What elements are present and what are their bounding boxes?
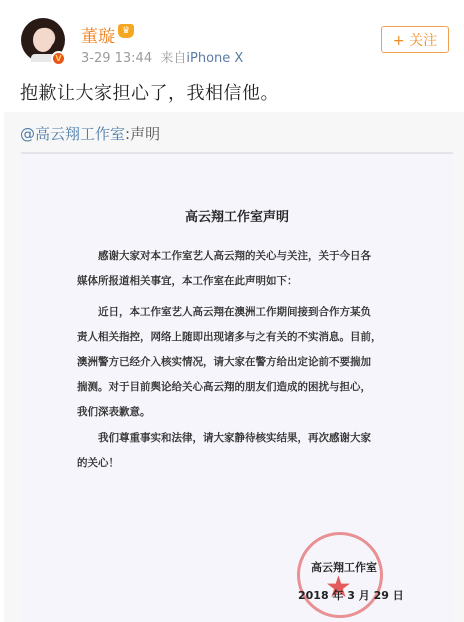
repost-title: 声明 [130, 125, 160, 143]
paragraph-line: 的关心！ [77, 451, 407, 476]
paragraph-line: 我们深表歉意。 [77, 400, 407, 425]
paragraph-line: 媒体所报道相关事宜，本工作室在此声明如下： [77, 269, 407, 294]
paragraph-3: 我们尊重事实和法律，请大家静待核实结果，再次感谢大家 的关心！ [77, 426, 407, 476]
document-title: 高云翔工作室声明 [21, 206, 453, 225]
repost-card[interactable]: @高云翔工作室:声明 高云翔工作室声明 感谢大家对本工作室艺人高云翔的关心与关注… [4, 112, 464, 622]
avatar-face [33, 28, 53, 52]
source-device: iPhone X [186, 51, 243, 66]
statement-image[interactable]: 高云翔工作室声明 感谢大家对本工作室艺人高云翔的关心与关注，关于今日各 媒体所报… [21, 152, 453, 622]
paragraph-2: 近日，本工作室艺人高云翔在澳洲工作期间接到合作方某负 责人相关指控，网络上随即出… [77, 300, 407, 425]
signature: 高云翔工作室 [311, 559, 377, 575]
source-prefix: 来自 [160, 51, 186, 66]
official-seal-icon: ★ [297, 532, 383, 618]
post-header: V 董璇 ♛ 3-29 13:44 来自iPhone X + 关注 抱歉让大家担… [0, 0, 464, 110]
paragraph-line: 感谢大家对本工作室艺人高云翔的关心与关注，关于今日各 [77, 244, 407, 269]
verified-badge-icon: V [51, 51, 66, 66]
repost-header: @高云翔工作室:声明 [20, 123, 160, 144]
follow-button[interactable]: + 关注 [381, 26, 449, 53]
signature-date: 2018 年 3 月 29 日 [298, 587, 404, 603]
crown-icon: ♛ [118, 24, 134, 38]
paragraph-1: 感谢大家对本工作室艺人高云翔的关心与关注，关于今日各 媒体所报道相关事宜，本工作… [77, 244, 407, 294]
paragraph-line: 揣测。对于目前舆论给关心高云翔的朋友们造成的困扰与担心， [77, 375, 407, 400]
mention-link[interactable]: @高云翔工作室 [20, 125, 125, 143]
paragraph-line: 我们尊重事实和法律，请大家静待核实结果，再次感谢大家 [77, 426, 407, 451]
username[interactable]: 董璇 [81, 22, 115, 47]
paragraph-line: 近日，本工作室艺人高云翔在澳洲工作期间接到合作方某负 [77, 300, 407, 325]
post-text: 抱歉让大家担心了，我相信他。 [20, 79, 279, 105]
paragraph-line: 责人相关指控，网络上随即出现诸多与之有关的不实消息。目前， [77, 325, 407, 350]
paragraph-line: 澳洲警方已经介入核实情况，请大家在警方给出定论前不要揣加 [77, 350, 407, 375]
timestamp: 3-29 13:44 [81, 51, 152, 66]
post-meta: 3-29 13:44 来自iPhone X [81, 47, 243, 66]
